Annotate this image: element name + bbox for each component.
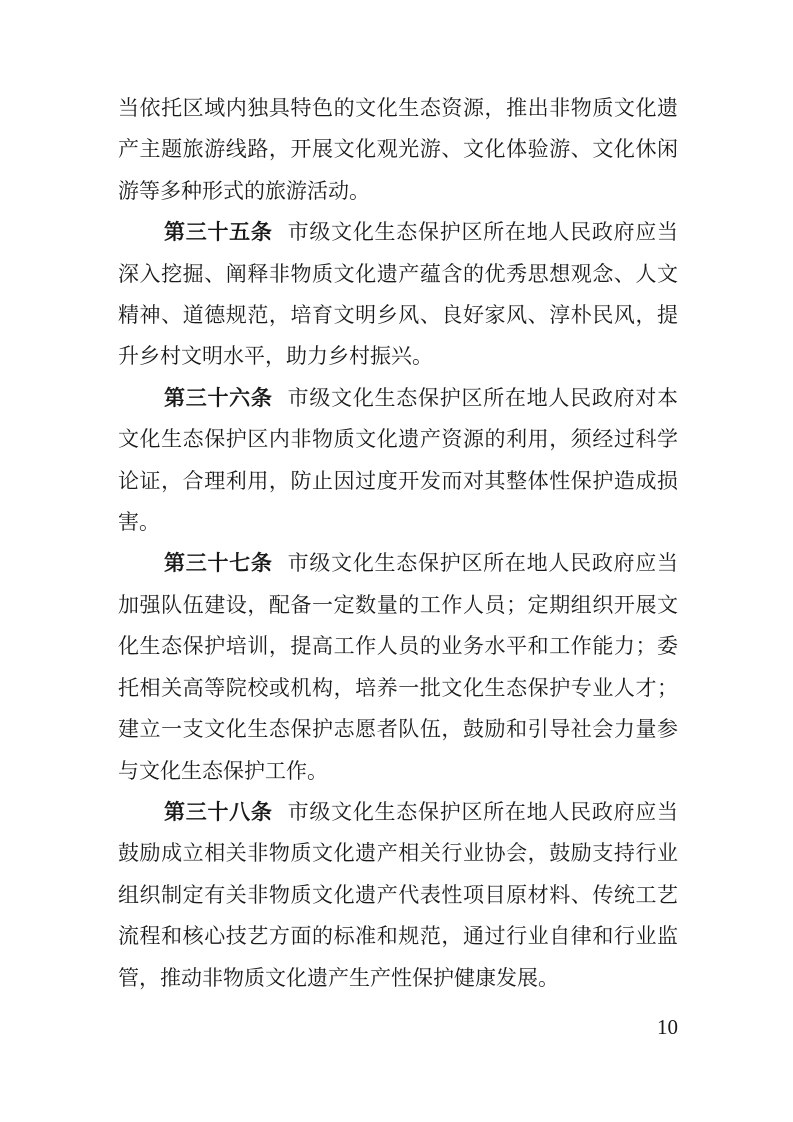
- article-text: 当依托区域内独具特色的文化生态资源，推出非物质文化遗产主题旅游线路，开展文化观光…: [118, 96, 678, 203]
- article-number: 第三十八条: [164, 800, 273, 824]
- paragraph-article-38: 第三十八条市级文化生态保护区所在地人民政府应当鼓励成立相关非物质文化遗产相关行业…: [118, 792, 678, 999]
- paragraph-article-36: 第三十六条市级文化生态保护区所在地人民政府对本文化生态保护区内非物质文化遗产资源…: [118, 378, 678, 544]
- paragraph-article-35: 第三十五条市级文化生态保护区所在地人民政府应当深入挖掘、阐释非物质文化遗产蕴含的…: [118, 212, 678, 378]
- paragraph-article-37: 第三十七条市级文化生态保护区所在地人民政府应当加强队伍建设，配备一定数量的工作人…: [118, 543, 678, 791]
- article-text: 市级文化生态保护区所在地人民政府应当鼓励成立相关非物质文化遗产相关行业协会，鼓励…: [118, 800, 678, 990]
- article-number: 第三十七条: [164, 551, 273, 575]
- paragraph-continuation: 当依托区域内独具特色的文化生态资源，推出非物质文化遗产主题旅游线路，开展文化观光…: [118, 88, 678, 212]
- document-page: 当依托区域内独具特色的文化生态资源，推出非物质文化遗产主题旅游线路，开展文化观光…: [0, 0, 793, 1122]
- article-text: 市级文化生态保护区所在地人民政府应当加强队伍建设，配备一定数量的工作人员；定期组…: [118, 551, 678, 782]
- document-body: 当依托区域内独具特色的文化生态资源，推出非物质文化遗产主题旅游线路，开展文化观光…: [118, 88, 678, 999]
- page-number: 10: [118, 1012, 678, 1042]
- article-number: 第三十五条: [164, 220, 273, 244]
- article-number: 第三十六条: [164, 386, 273, 410]
